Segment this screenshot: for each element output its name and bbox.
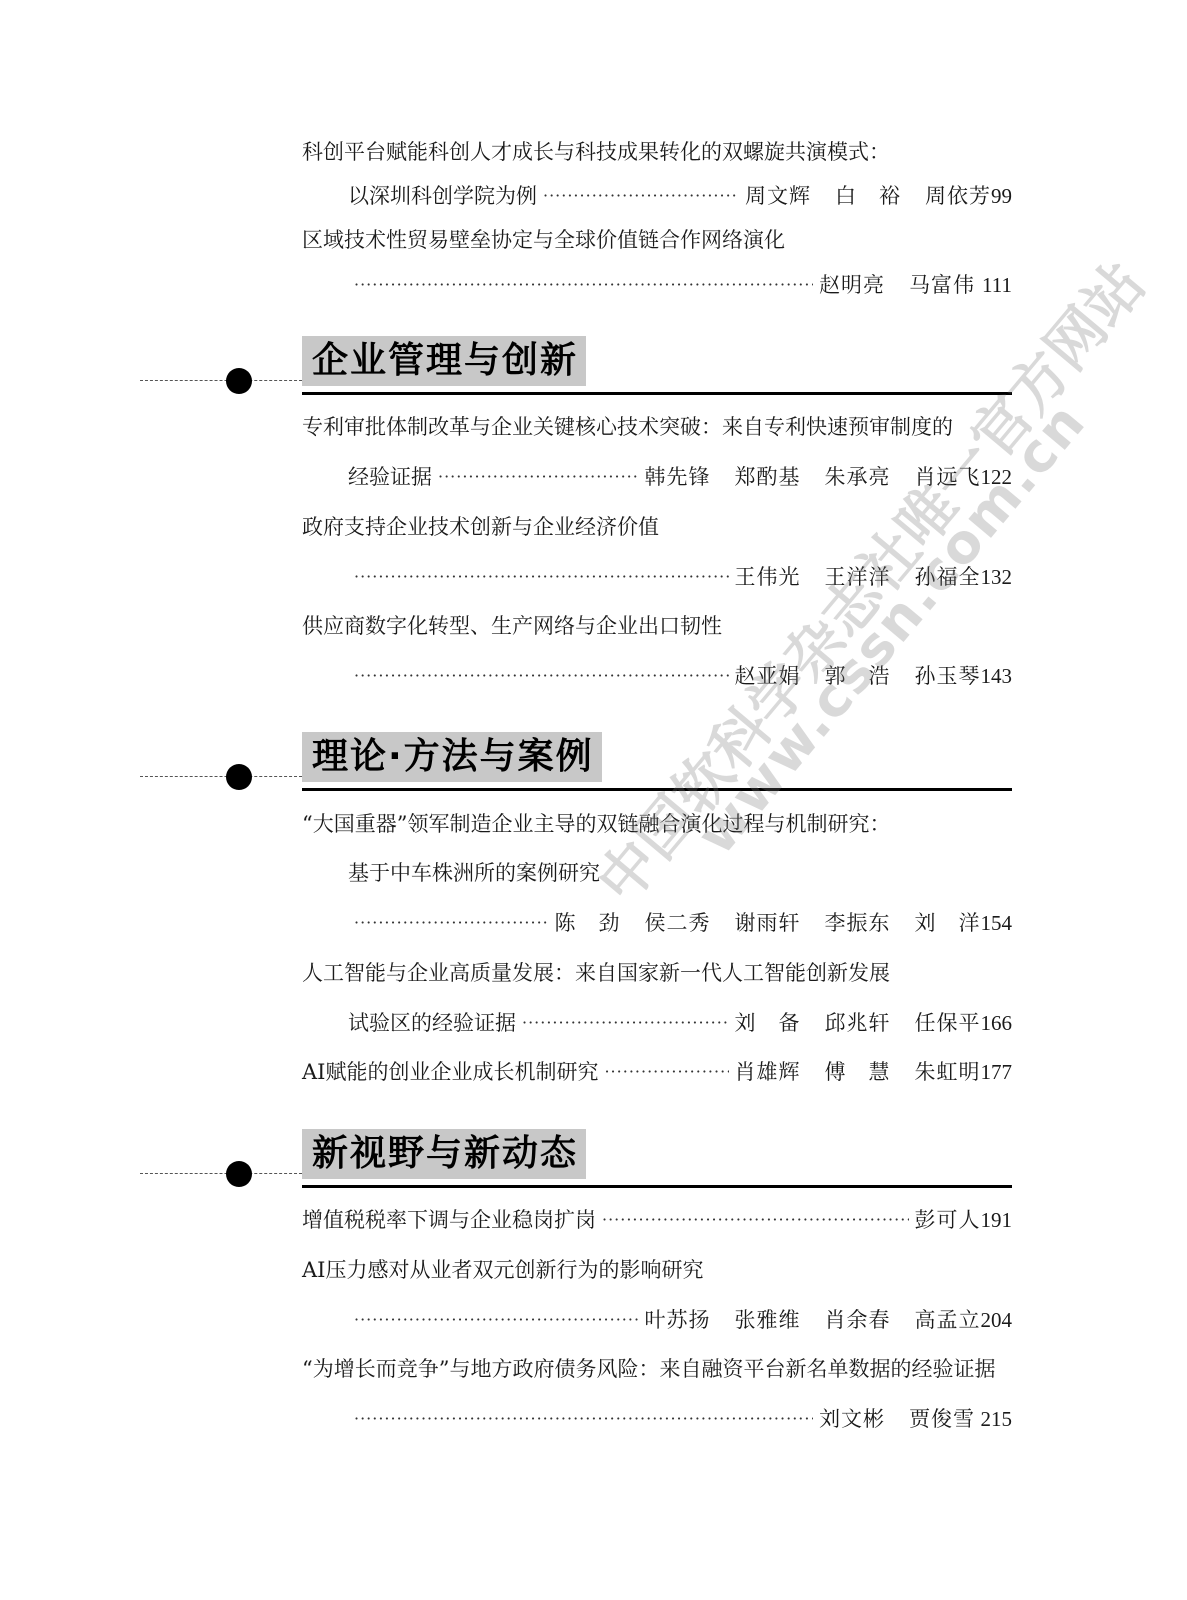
page-number: 154 xyxy=(981,906,1013,940)
section-rule xyxy=(302,788,1012,791)
dashed-connector xyxy=(140,1173,302,1174)
section-title: 企业管理与创新 xyxy=(302,336,586,386)
page-number: 177 xyxy=(981,1055,1013,1089)
author: 邱兆轩 xyxy=(825,1006,891,1040)
toc-entry-line[interactable]: 试验区的经验证据 ·······························… xyxy=(348,1006,1012,1040)
author: 陈 劲 xyxy=(555,906,621,940)
author: 彭可人 xyxy=(915,1203,981,1237)
toc-entry-title[interactable]: 专利审批体制改革与企业关键核心技术突破：来自专利快速预审制度的 xyxy=(302,410,1012,444)
authors: 彭可人 xyxy=(915,1203,981,1237)
authors: 赵明亮 马富伟 xyxy=(819,268,975,302)
section-header: 新视野与新动态 xyxy=(140,1129,1012,1189)
section-header: 企业管理与创新 xyxy=(140,336,1012,396)
author: 孙福全 xyxy=(915,560,981,594)
authors: 肖雄辉 傅 慧 朱虹明 xyxy=(735,1055,981,1089)
dashed-connector xyxy=(140,380,302,381)
dot-leader: ········································… xyxy=(354,268,813,302)
section-rule xyxy=(302,392,1012,395)
author: 朱虹明 xyxy=(915,1055,981,1089)
toc-entry-subtitle[interactable]: 基于中车株洲所的案例研究 xyxy=(348,856,1012,890)
toc-entry-title[interactable]: AI压力感对从业者双元创新行为的影响研究 xyxy=(302,1253,1012,1287)
author: 肖远飞 xyxy=(915,460,981,494)
entry-subtitle: 以深圳科创学院为例 xyxy=(348,179,537,213)
toc-entry-line[interactable]: 增值税税率下调与企业稳岗扩岗 ·························… xyxy=(302,1203,1012,1237)
author: 孙玉琴 xyxy=(915,659,981,693)
authors: 陈 劲 侯二秀 谢雨轩 李振东 刘 洋 xyxy=(555,906,981,940)
page-number: 99 xyxy=(991,179,1012,213)
bullet-dot-icon xyxy=(226,1161,252,1187)
author: 肖雄辉 xyxy=(735,1055,801,1089)
authors: 赵亚娟 郭 浩 孙玉琴 xyxy=(735,659,981,693)
dot-leader: ········································… xyxy=(602,1203,909,1237)
bullet-dot-icon xyxy=(226,368,252,394)
toc-entry-line[interactable]: ········································… xyxy=(348,560,1012,594)
author: 刘文彬 xyxy=(819,1402,885,1436)
author: 任保平 xyxy=(915,1006,981,1040)
page-number: 191 xyxy=(981,1203,1013,1237)
toc-entry-line[interactable]: 经验证据 ···································… xyxy=(348,460,1012,494)
table-of-contents-page: 科创平台赋能科创人才成长与科技成果转化的双螺旋共演模式： 以深圳科创学院为例 ·… xyxy=(0,0,1187,1600)
dot-leader: ········································… xyxy=(354,1303,639,1337)
author: 郭 浩 xyxy=(825,659,891,693)
authors: 周文辉 白 裕 周依芳 xyxy=(745,179,991,213)
author: 周依芳 xyxy=(925,179,991,213)
dot-leader: ········································… xyxy=(604,1055,728,1089)
page-number: 143 xyxy=(981,659,1013,693)
dot-leader: ········································… xyxy=(438,460,639,494)
toc-entry-title[interactable]: 人工智能与企业高质量发展：来自国家新一代人工智能创新发展 xyxy=(302,956,1012,990)
author: 高孟立 xyxy=(915,1303,981,1337)
toc-entry-title[interactable]: 供应商数字化转型、生产网络与企业出口韧性 xyxy=(302,609,1012,643)
page-number: 215 xyxy=(975,1402,1012,1436)
author: 刘 洋 xyxy=(915,906,981,940)
author: 朱承亮 xyxy=(825,460,891,494)
author: 谢雨轩 xyxy=(735,906,801,940)
toc-entry-line[interactable]: 以深圳科创学院为例 ······························… xyxy=(348,179,1012,213)
authors: 刘文彬 贾俊雪 xyxy=(819,1402,975,1436)
author: 李振东 xyxy=(825,906,891,940)
entry-subtitle: 经验证据 xyxy=(348,460,432,494)
toc-entry-line[interactable]: ········································… xyxy=(348,906,1012,940)
page-number: 132 xyxy=(981,560,1013,594)
author: 韩先锋 xyxy=(645,460,711,494)
dot-leader: ········································… xyxy=(354,560,729,594)
bullet-dot-icon xyxy=(226,764,252,790)
author: 郑酌基 xyxy=(735,460,801,494)
entry-title: AI赋能的创业企业成长机制研究 xyxy=(302,1055,598,1089)
toc-entry-line[interactable]: ········································… xyxy=(348,659,1012,693)
page-number: 204 xyxy=(981,1303,1013,1337)
authors: 刘 备 邱兆轩 任保平 xyxy=(735,1006,981,1040)
authors: 王伟光 王洋洋 孙福全 xyxy=(735,560,981,594)
author: 刘 备 xyxy=(735,1006,801,1040)
author: 贾俊雪 xyxy=(909,1402,975,1436)
dot-leader: ········································… xyxy=(354,1402,813,1436)
author: 叶苏扬 xyxy=(645,1303,711,1337)
dashed-connector xyxy=(140,776,302,777)
author: 肖余春 xyxy=(825,1303,891,1337)
section-rule xyxy=(302,1185,1012,1188)
toc-entry-line[interactable]: ········································… xyxy=(348,268,1012,302)
author: 王洋洋 xyxy=(825,560,891,594)
page-number: 166 xyxy=(981,1006,1013,1040)
author: 赵亚娟 xyxy=(735,659,801,693)
toc-entry-title[interactable]: 科创平台赋能科创人才成长与科技成果转化的双螺旋共演模式： xyxy=(302,135,1012,169)
author: 傅 慧 xyxy=(825,1055,891,1089)
author: 马富伟 xyxy=(909,268,975,302)
authors: 叶苏扬 张雅维 肖余春 高孟立 xyxy=(645,1303,981,1337)
toc-entry-line[interactable]: ········································… xyxy=(348,1402,1012,1436)
toc-entry-line[interactable]: AI赋能的创业企业成长机制研究 ························… xyxy=(302,1055,1012,1089)
dot-leader: ········································… xyxy=(354,906,549,940)
toc-entry-title[interactable]: 政府支持企业技术创新与企业经济价值 xyxy=(302,510,1012,544)
page-number: 111 xyxy=(975,268,1012,302)
dot-leader: ········································… xyxy=(543,179,739,213)
author: 赵明亮 xyxy=(819,268,885,302)
author: 侯二秀 xyxy=(645,906,711,940)
author: 白 裕 xyxy=(835,179,901,213)
dot-leader: ········································… xyxy=(522,1006,729,1040)
author: 王伟光 xyxy=(735,560,801,594)
author: 张雅维 xyxy=(735,1303,801,1337)
author: 周文辉 xyxy=(745,179,811,213)
entry-subtitle: 试验区的经验证据 xyxy=(348,1006,516,1040)
section-title: 新视野与新动态 xyxy=(302,1129,586,1179)
entry-title: 增值税税率下调与企业稳岗扩岗 xyxy=(302,1203,596,1237)
toc-entry-title[interactable]: 区域技术性贸易壁垒协定与全球价值链合作网络演化 xyxy=(302,223,1012,257)
section-header: 理论·方法与案例 xyxy=(140,732,1012,792)
toc-entry-title[interactable]: “大国重器”领军制造企业主导的双链融合演化过程与机制研究： xyxy=(302,807,1012,841)
page-number: 122 xyxy=(981,460,1013,494)
authors: 韩先锋 郑酌基 朱承亮 肖远飞 xyxy=(645,460,981,494)
toc-entry-line[interactable]: ········································… xyxy=(348,1303,1012,1337)
dot-leader: ········································… xyxy=(354,659,729,693)
toc-entry-title[interactable]: “为增长而竞争”与地方政府债务风险：来自融资平台新名单数据的经验证据 xyxy=(302,1352,1012,1386)
section-title: 理论·方法与案例 xyxy=(302,732,602,782)
